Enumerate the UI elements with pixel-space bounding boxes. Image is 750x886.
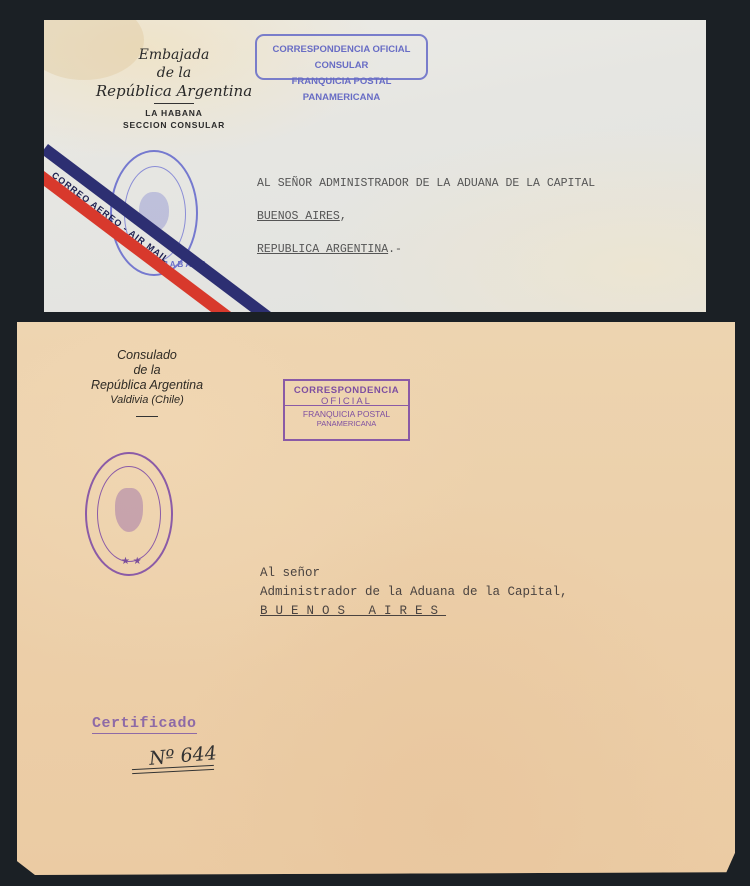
frank-stamp-consular: CORRESPONDENCIA OFICIAL CONSULAR FRANQUI… [255, 34, 428, 80]
divider [136, 416, 158, 417]
letterhead-city: LA HABANA [74, 107, 274, 119]
letterhead-line: Embajada [74, 46, 274, 64]
letterhead-line: República Argentina [74, 82, 274, 100]
letterhead-embassy: Embajada de la República Argentina LA HA… [74, 46, 274, 131]
recipient-address: Al señor Administrador de la Aduana de l… [260, 564, 568, 621]
envelope-valdivia: Consulado de la República Argentina Vald… [17, 322, 735, 875]
frank-stamp-oficial: CORRESPONDENCIA OFICIAL FRANQUICIA POSTA… [283, 379, 410, 441]
letterhead-consulate: Consulado de la República Argentina Vald… [67, 348, 227, 420]
stamp-line: FRANQUICIA POSTAL PANAMERICANA [257, 74, 426, 106]
seal-stars: ★ ★ [121, 556, 142, 567]
address-line: Administrador de la Aduana de la Capital… [260, 583, 568, 602]
envelope-habana: Embajada de la República Argentina LA HA… [44, 20, 706, 312]
recipient-address: AL SEÑOR ADMINISTRADOR DE LA ADUANA DE L… [257, 167, 595, 266]
address-line: Al señor [260, 564, 568, 583]
registered-stamp: Certificado [92, 715, 197, 734]
stamp-line: CORRESPONDENCIA OFICIAL CONSULAR [257, 42, 426, 74]
letterhead-line: de la [74, 64, 274, 82]
letterhead-line: de la [67, 363, 227, 378]
divider [154, 103, 194, 104]
address-line: REPUBLICA ARGENTINA.- [257, 233, 595, 266]
letterhead-line: Consulado [67, 348, 227, 363]
stamp-top: CORRESPONDENCIA OFICIAL [285, 381, 408, 406]
stamp-bottom: FRANQUICIA POSTAL PANAMERICANA [285, 406, 408, 429]
letterhead-city: Valdivia (Chile) [67, 393, 227, 408]
address-line: BUENOS AIRES, [257, 200, 595, 233]
consulate-seal: ★ ★ [85, 452, 173, 576]
letterhead-section: SECCION CONSULAR [74, 119, 274, 131]
letterhead-line: República Argentina [67, 378, 227, 393]
double-underline [132, 765, 214, 774]
coat-of-arms-icon [115, 488, 143, 532]
address-line: AL SEÑOR ADMINISTRADOR DE LA ADUANA DE L… [257, 167, 595, 200]
address-line: BUENOS AIRES [260, 602, 568, 621]
